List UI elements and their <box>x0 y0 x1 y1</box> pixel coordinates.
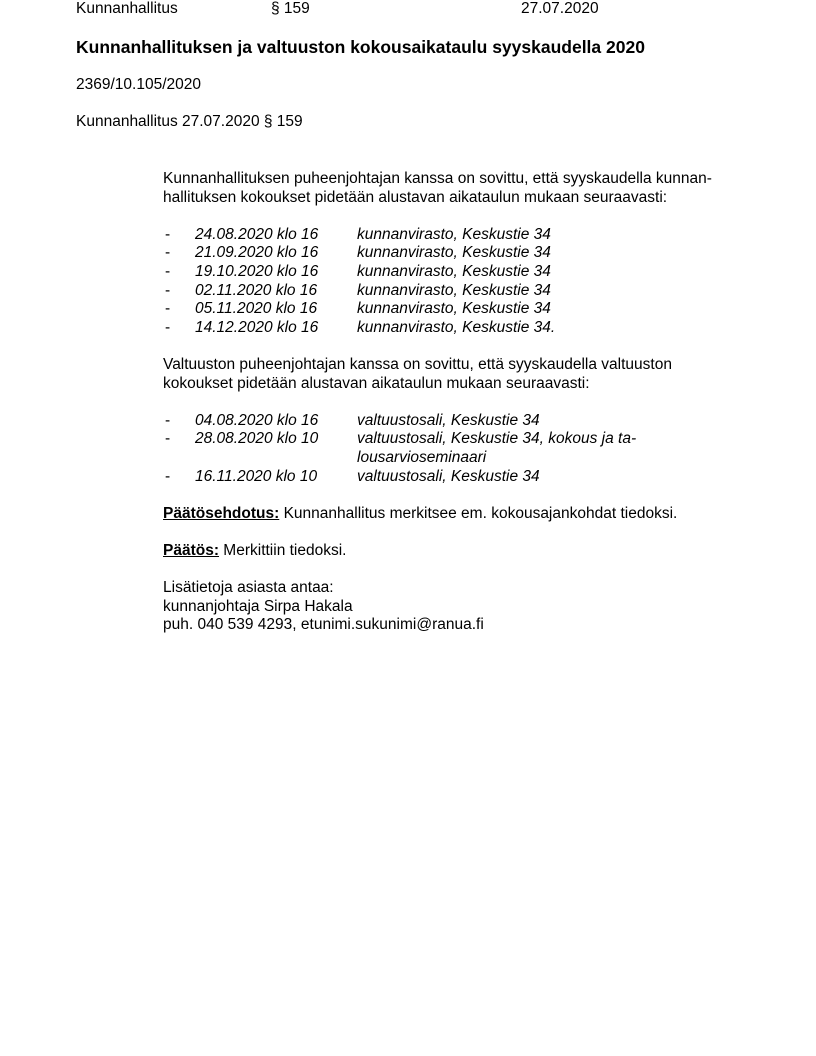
decision-proposal-text: Kunnanhallitus merkitsee em. kokousajank… <box>279 505 677 522</box>
meeting-location: kunnanvirasto, Keskustie 34 <box>357 244 743 263</box>
meeting-location: kunnanvirasto, Keskustie 34 <box>357 226 743 245</box>
meeting-datetime: 16.11.2020 klo 10 <box>195 468 317 487</box>
header-section: § 159 <box>271 0 310 18</box>
meeting-location: valtuustosali, Keskustie 34 <box>357 412 743 431</box>
meeting-datetime: 28.08.2020 klo 10 <box>195 430 318 449</box>
decision-proposal-label: Päätösehdotus: <box>163 505 279 522</box>
list-item: -02.11.2020 klo 16kunnanvirasto, Keskust… <box>163 282 743 301</box>
council-meeting-list: -04.08.2020 klo 16valtuustosali, Keskust… <box>163 412 743 486</box>
meeting-location: kunnanvirasto, Keskustie 34 <box>357 282 743 301</box>
header-date: 27.07.2020 <box>521 0 599 18</box>
meeting-datetime: 19.10.2020 klo 16 <box>195 263 318 282</box>
meeting-datetime: 24.08.2020 klo 16 <box>195 226 318 245</box>
contact-line1: Lisätietoja asiasta antaa: <box>163 579 743 598</box>
meeting-location: kunnanvirasto, Keskustie 34. <box>357 319 743 338</box>
list-item: -04.08.2020 klo 16valtuustosali, Keskust… <box>163 412 743 431</box>
list-item: -05.11.2020 klo 16kunnanvirasto, Keskust… <box>163 300 743 319</box>
meeting-datetime: 02.11.2020 klo 16 <box>195 282 317 301</box>
meeting-location: kunnanvirasto, Keskustie 34 <box>357 300 743 319</box>
list-item: -19.10.2020 klo 16kunnanvirasto, Keskust… <box>163 263 743 282</box>
page-header: Kunnanhallitus § 159 27.07.2020 <box>76 0 776 18</box>
board-intro-line1: Kunnanhallituksen puheenjohtajan kanssa … <box>163 170 743 189</box>
meeting-location: kunnanvirasto, Keskustie 34 <box>357 263 743 282</box>
meeting-reference: Kunnanhallitus 27.07.2020 § 159 <box>76 113 303 131</box>
contact-line2: kunnanjohtaja Sirpa Hakala <box>163 598 743 617</box>
header-organ: Kunnanhallitus <box>76 0 178 18</box>
meeting-datetime: 21.09.2020 klo 16 <box>195 244 318 263</box>
meeting-datetime: 14.12.2020 klo 16 <box>195 319 318 338</box>
meeting-location: valtuustosali, Keskustie 34 <box>357 468 743 487</box>
board-intro-line2: hallituksen kokoukset pidetään alustavan… <box>163 189 743 208</box>
diary-number: 2369/10.105/2020 <box>76 76 201 94</box>
list-item: -24.08.2020 klo 16kunnanvirasto, Keskust… <box>163 226 743 245</box>
council-intro-line1: Valtuuston puheenjohtajan kanssa on sovi… <box>163 356 743 375</box>
document-title: Kunnanhallituksen ja valtuuston kokousai… <box>76 37 645 58</box>
document-body: Kunnanhallituksen puheenjohtajan kanssa … <box>163 170 743 635</box>
council-intro-line2: kokoukset pidetään alustavan aikataulun … <box>163 375 743 394</box>
decision-proposal: Päätösehdotus: Kunnanhallitus merkitsee … <box>163 505 743 524</box>
meeting-datetime: 05.11.2020 klo 16 <box>195 300 317 319</box>
list-item: -14.12.2020 klo 16kunnanvirasto, Keskust… <box>163 319 743 338</box>
list-item: -16.11.2020 klo 10valtuustosali, Keskust… <box>163 468 743 487</box>
decision: Päätös: Merkittiin tiedoksi. <box>163 542 743 561</box>
contact-line3: puh. 040 539 4293, etunimi.sukunimi@ranu… <box>163 616 743 635</box>
list-item: -28.08.2020 klo 10valtuustosali, Keskust… <box>163 430 743 467</box>
decision-label: Päätös: <box>163 542 219 559</box>
meeting-location-continued: lousarvioseminaari <box>357 449 743 468</box>
list-item: -21.09.2020 klo 16kunnanvirasto, Keskust… <box>163 244 743 263</box>
board-meeting-list: -24.08.2020 klo 16kunnanvirasto, Keskust… <box>163 226 743 338</box>
meeting-datetime: 04.08.2020 klo 16 <box>195 412 318 431</box>
decision-text: Merkittiin tiedoksi. <box>219 542 346 559</box>
meeting-location: valtuustosali, Keskustie 34, kokous ja t… <box>357 430 743 449</box>
